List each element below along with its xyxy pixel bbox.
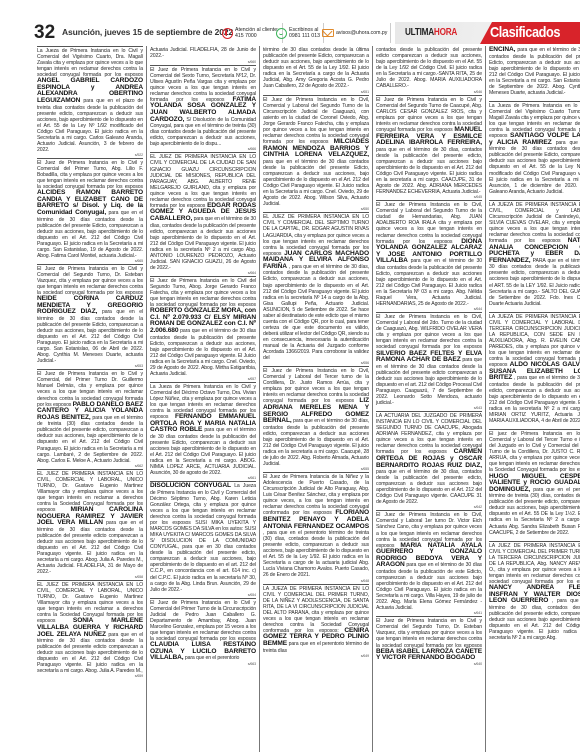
notice-intro: El Juez de Primera Instancia en lo Civil… (37, 160, 143, 190)
notice-code: s/522 (37, 153, 143, 157)
notice-body: para que en el término de 30 días contad… (263, 159, 369, 207)
notice-names: DISOLUCION CONYUGAL (150, 482, 231, 489)
notice-intro: El Juez de Primera Instancia en lo Civil… (263, 368, 369, 404)
notice-body: para que en el término de 30 días contad… (489, 140, 580, 195)
notice-code: s/650 (263, 207, 369, 211)
notice-code: s/666 (150, 147, 256, 151)
legal-notice: LA JUEZA DE PRIMERA INSTANCIA EN LO CIVI… (489, 200, 580, 312)
logo-part-ultima: ULTIMA (405, 27, 434, 38)
legal-notice: El Juez de Primera Instancia en lo Civil… (376, 312, 482, 411)
notice-code: s/661 (150, 476, 256, 480)
notice-body: , para que en el término de 30 días, con… (263, 264, 369, 361)
notice-code: s/656 (263, 361, 369, 365)
notice-intro: El Juez de Primera Instancia en lo Civil… (376, 618, 482, 648)
contact-value: avisos@uhora.com.py (336, 30, 387, 36)
page-date: Asunción, jueves 15 de septiembre de 202… (62, 27, 233, 37)
notice-body: para que en el término de 30 días contad… (37, 520, 143, 575)
notice-intro: El Juez de Primera Instancia en lo Civil… (150, 278, 256, 308)
mail-icon (322, 29, 334, 37)
notice-intro: Actuaria Judicial. FILADELFIA, 28 de Jun… (150, 47, 256, 59)
notice-code: s/648 (263, 579, 369, 583)
column-4: contados desde la publicación del presen… (373, 46, 486, 752)
legal-notice: El Juez de Primera Instancia en lo Civil… (376, 95, 482, 200)
logo-part-hora: HORA (434, 27, 457, 38)
whatsapp-icon (276, 28, 287, 39)
notice-intro: El juez de Primera Instancia en lo Civil… (489, 431, 580, 473)
contact-email[interactable]: avisos@uhora.com.py (322, 23, 391, 43)
notice-body: para que en el término de 30 días, conta… (376, 469, 482, 505)
notice-code: s/664 (150, 271, 256, 275)
column-1: La Jueza de Primera Instancia en lo Civi… (34, 46, 147, 752)
notice-intro: contados desde la publicación del presen… (376, 47, 482, 89)
notice-body: para que en el término de 30 días contad… (150, 328, 256, 377)
legal-notice: El Juez de Primera Instancia en lo Civil… (263, 95, 369, 212)
notice-code: s/657 (150, 377, 256, 381)
legal-notice: El Juez de Primera Instancia en lo Civil… (150, 598, 256, 667)
column-2: Actuaria Judicial. FILADELFIA, 28 de Jun… (147, 46, 260, 752)
notice-body: para que en el término de 30 días contad… (376, 258, 482, 307)
notice-body: para que en el término de 30 días contad… (37, 210, 143, 259)
notice-body: para que en el término de treinta (30) d… (37, 415, 143, 464)
legal-notice: Actuaria Judicial. FILADELFIA, 28 de Jun… (150, 46, 256, 65)
legal-notice: EL JUEZ DE PRIMERA INSTANCIA EN LO CIVIL… (37, 469, 143, 580)
notice-intro: La Jueza de Primera Instancia en lo Civi… (37, 48, 143, 78)
section-title: Clasificados (490, 24, 560, 41)
legal-notice: LA JUEZA DE PRIMERA INSTANCIA EN LO CIVI… (489, 312, 580, 429)
column-5: ENCINA, para que en el término de 30 día… (486, 46, 580, 752)
notice-code: s/663 (150, 662, 256, 666)
notice-code: s/653 (37, 364, 143, 368)
legal-notice: La Jueza de Primera Instancia en lo Civi… (150, 382, 256, 481)
notice-body: para que en el perentorio término de tre… (489, 487, 580, 536)
legal-notice: contados desde la publicación del presen… (376, 46, 482, 95)
page-header: 32 Asunción, jueves 15 de septiembre de … (0, 22, 580, 44)
notice-body: para que en el perentorio (185, 655, 239, 661)
contact-customer-service[interactable]: Atención al cliente:415 7000 (222, 23, 283, 43)
ultimahora-logo: ULTIMAHORA (405, 27, 457, 38)
legal-notice: La Jueza de Primera Instancia en lo Civi… (489, 101, 580, 200)
legal-notice: El Juez de Primera Instancia en lo Civil… (150, 65, 256, 153)
notice-body: PARA que en el término de 30 días contad… (489, 258, 580, 307)
notice-intro: LA JUEZA DE PRIMERA INSTANCIA EN LO CIVI… (489, 314, 580, 368)
notice-code: s/640 (376, 662, 482, 666)
legal-notice: El Juez de Primera Instancia de la Niñez… (263, 472, 369, 583)
legal-notice: EL JUEZ DE PRIMERA INSTANCIA EN LO CIVIL… (150, 152, 256, 276)
legal-notice: El Juez de Primera Instancia en lo Civil… (37, 158, 143, 264)
legal-notice: El Juez de Primera Instancia en lo Civil… (376, 510, 482, 616)
notice-body: , para que en el término de 30 días, con… (489, 375, 580, 424)
notice-code: s/659 (37, 674, 143, 678)
notice-code: s/654 (150, 593, 256, 597)
legal-notice: LA ACTUARIA DEL JUZGADO DE PRIMERA INSTA… (376, 411, 482, 510)
notice-body: para que en el término de 30 días, conta… (263, 418, 369, 467)
contact-whatsapp[interactable]: Escribinos al0981 111 013 (276, 23, 324, 43)
notice-intro: El Juez de Primera Instancia en lo Civil… (150, 600, 256, 642)
notice-body: para que en el término de 30 días contad… (37, 632, 143, 675)
notice-code: s/665 (37, 259, 143, 263)
notice-code: s/636 (489, 424, 580, 428)
notice-intro: El Juez de Primera Instancia en lo Civil… (37, 266, 143, 296)
contact-value: 415 7000 (235, 33, 257, 39)
notice-code: s/644 (376, 307, 482, 311)
notice-intro: EL JUEZ DE PRIMERA INSTANCIA EN LO CIVIL… (150, 154, 256, 208)
notice-intro: LA JUEZ DE PRIMERA INSTANCIA EN LO CIVIL… (489, 543, 580, 585)
notice-code: s/660 (150, 60, 256, 64)
classifieds-columns: La Jueza de Primera Instancia en lo Civi… (34, 46, 580, 752)
notice-code: s/634 (489, 641, 580, 645)
legal-notice: El Juez de Primera Instancia en lo Civil… (376, 616, 482, 666)
notice-code: s/638 (489, 195, 580, 199)
notice-body: , para que en el perentorio término de t… (263, 530, 369, 578)
legal-notice: El juez de Primera Instancia en lo Civil… (489, 429, 580, 540)
legal-notice: El Juez de Primera Instancia en lo Civil… (376, 200, 482, 312)
notice-code: s/646 (376, 90, 482, 94)
legal-notice: LA JUEZA DE PRIMERA INSTANCIA EN LO CIVI… (263, 584, 369, 659)
contact-value: 0981 111 013 (289, 33, 320, 39)
column-3: término de 30 días contados desde la últ… (260, 46, 373, 752)
notice-code: s/662 (37, 464, 143, 468)
notice-body: para que en el plazo de treinta días con… (37, 98, 143, 153)
notice-body: , para que en el término de 30 días, con… (489, 598, 580, 641)
legal-notice: LA JUEZ DE PRIMERA INSTANCIA EN LO CIVIL… (489, 541, 580, 646)
notice-names: ENCINA, (489, 46, 515, 53)
notice-body: para que en el término de 30 días, conta… (150, 216, 256, 271)
notice-code: s/645 (376, 195, 482, 199)
notice-code: s/639 (489, 96, 580, 100)
notice-code: s/649 (263, 654, 369, 658)
notice-code: s/637 (489, 307, 580, 311)
legal-notice: El Juez de Primera Instancia en lo Civil… (37, 264, 143, 369)
legal-notice: El Juez de Primera Instancia en lo Civil… (263, 366, 369, 472)
notice-intro: El Juez de Primera Instancia en lo Civil… (376, 314, 482, 350)
notice-names: BEBA ISABEL LARROZA CAÑETE Y VICTOR FERN… (376, 648, 482, 662)
legal-notice: ENCINA, para que en el término de 30 día… (489, 46, 580, 101)
legal-notice: EL JUEZ DE PRIMERA INSTANCIA EN LO CIVIL… (263, 212, 369, 366)
notice-code: s/641 (376, 611, 482, 615)
page-number: 32 (34, 22, 55, 44)
notice-body: para que en el término de 30 días contad… (376, 562, 482, 611)
notice-code: s/655 (263, 467, 369, 471)
notice-code: s/642 (376, 505, 482, 509)
notice-body: para que en el término de 30 días, conta… (376, 147, 482, 195)
notice-body: para que en el término de 30 días contad… (376, 357, 482, 406)
notice-body: para que en el término de 30 días contad… (489, 47, 580, 96)
phone-icon (222, 28, 233, 39)
notice-intro: LA JUEZA DE PRIMERA INSTANCIA EN LO CIVI… (489, 202, 580, 244)
notice-body: La Jueza de Primera Instancia en lo Civi… (150, 483, 256, 592)
legal-notice: EL JUEZ DE PRIMERA INSTANCIA EN LO CIVIL… (37, 580, 143, 679)
legal-notice: El Juez de Primera Instancia en lo Civil… (37, 369, 143, 468)
notice-intro: término de 30 días contados desde la últ… (263, 47, 369, 89)
notice-code: s/658 (37, 575, 143, 579)
notice-code: s/635 (489, 536, 580, 540)
legal-notice: El Juez de Primera Instancia en lo Civil… (150, 276, 256, 382)
notice-body: para que en el término de 30 días contad… (37, 309, 143, 364)
notice-code: s/651 (263, 90, 369, 94)
legal-notice: DISOLUCION CONYUGAL La Jueza de Primera … (150, 481, 256, 597)
notice-body: para que en el término de 30 días contad… (150, 427, 256, 476)
notice-code: s/643 (376, 406, 482, 410)
legal-notice: término de 30 días contados desde la últ… (263, 46, 369, 95)
legal-notice: La Jueza de Primera Instancia en lo Civi… (37, 46, 143, 158)
